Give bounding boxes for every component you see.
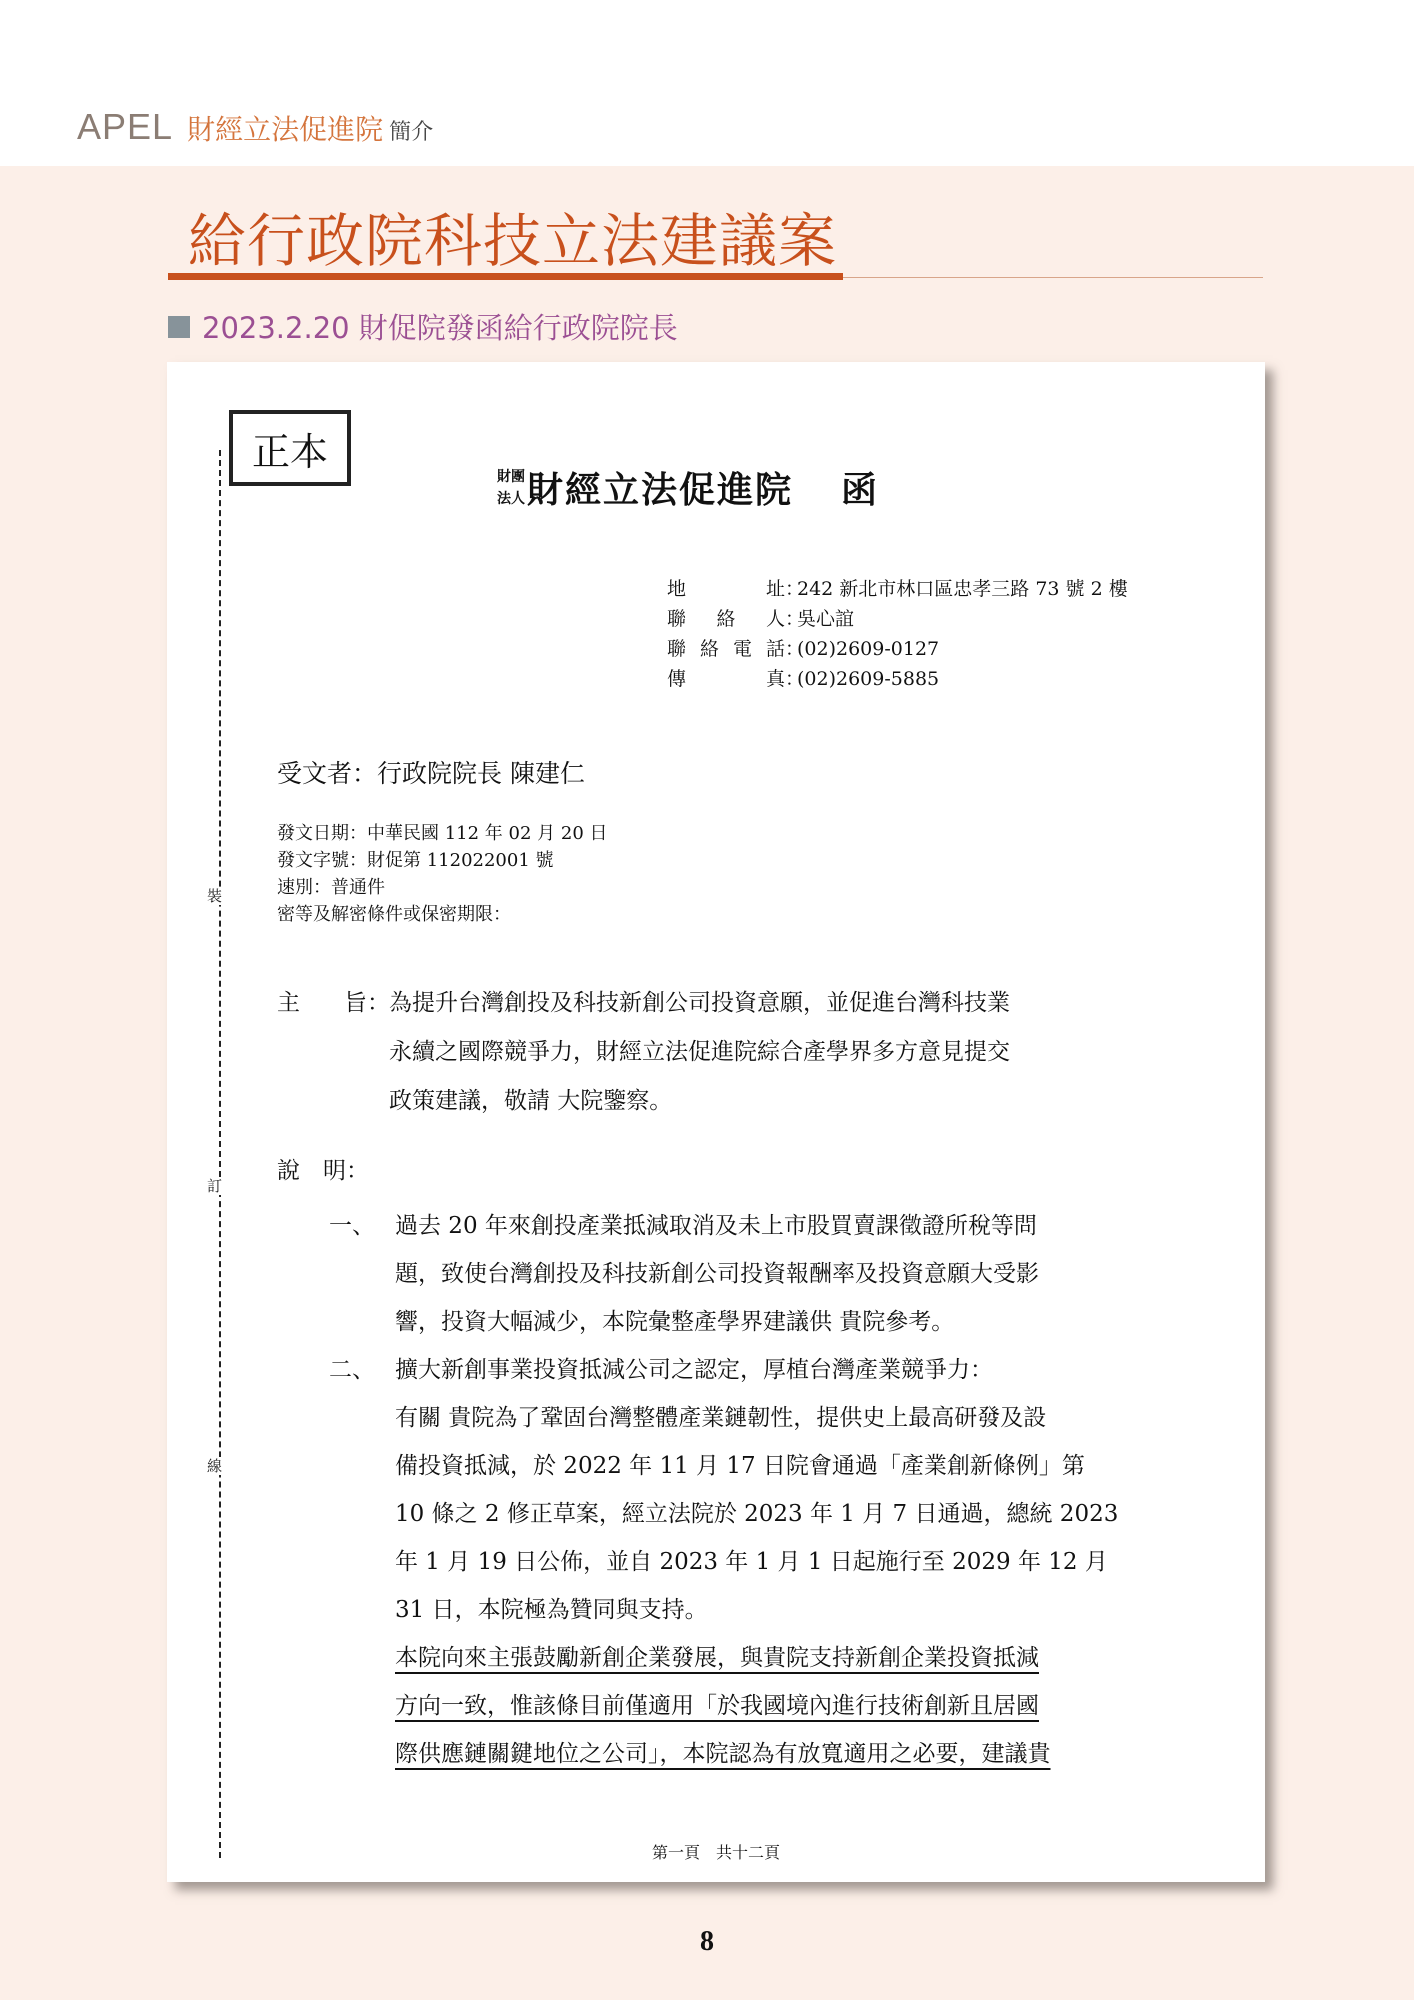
explanation-label: 說 明： bbox=[277, 1152, 1277, 1202]
brand-header: APEL 財經立法促進院 簡介 bbox=[77, 106, 433, 148]
org-type: 財團 法人 bbox=[497, 466, 525, 510]
item-line-underlined: 本院向來主張鼓勵新創企業發展，與貴院支持新創企業投資抵減 bbox=[395, 1634, 1187, 1682]
contact-person: 聯絡人 ： 吳心誼 bbox=[667, 604, 1128, 634]
brand-section: 簡介 bbox=[389, 115, 433, 146]
item-line-underlined: 際供應鏈關鍵地位之公司」，本院認為有放寬適用之必要，建議貴 bbox=[395, 1730, 1187, 1778]
item-line: 年 1 月 19 日公佈，並自 2023 年 1 月 1 日起施行至 2029 … bbox=[395, 1538, 1187, 1586]
document-meta: 發文日期：中華民國 112 年 02 月 20 日 發文字號：財促第 11202… bbox=[277, 820, 608, 928]
classification: 密等及解密條件或保密期限： bbox=[277, 901, 608, 928]
label-char: 人 bbox=[766, 604, 785, 634]
label-char: 聯 bbox=[667, 604, 686, 634]
urgency: 速別：普通件 bbox=[277, 874, 608, 901]
subject-line: 永續之國際競爭力，財經立法促進院綜合產學界多方意見提交 bbox=[389, 1028, 1010, 1077]
item-number: 一、 bbox=[329, 1202, 395, 1346]
item-line: 響，投資大幅減少，本院彙整產學界建議供 貴院參考。 bbox=[395, 1298, 1187, 1346]
binding-mark: 線 bbox=[207, 1457, 222, 1475]
letter-document: 裝 訂 線 正本 財團 法人 財經立法促進院 函 地址 ： 242 新北市林口區… bbox=[167, 362, 1265, 1882]
brand-abbreviation: APEL bbox=[77, 106, 173, 148]
explanation-item: 二、 擴大新創事業投資抵減公司之認定，厚植台灣產業競爭力： 有關 貴院為了鞏固台… bbox=[329, 1346, 1277, 1778]
item-line: 題，致使台灣創投及科技新創公司投資報酬率及投資意願大受影 bbox=[395, 1250, 1187, 1298]
square-bullet-icon bbox=[168, 316, 190, 338]
label-char: 絡 bbox=[716, 604, 735, 634]
label-char: 地 bbox=[667, 574, 686, 604]
contact-fax: 傳真 ： (02)2609-5885 bbox=[667, 664, 1128, 694]
subject-line: 為提升台灣創投及科技新創公司投資意願，並促進台灣科技業 bbox=[389, 979, 1010, 1028]
subtitle-text: 2023.2.20 財促院發函給行政院院長 bbox=[202, 306, 678, 347]
item-line: 備投資抵減，於 2022 年 11 月 17 日院會通過「產業創新條例」第 bbox=[395, 1442, 1187, 1490]
address-value: 242 新北市林口區忠孝三路 73 號 2 樓 bbox=[797, 574, 1128, 604]
phone-value: (02)2609-0127 bbox=[797, 634, 939, 664]
subtitle: 2023.2.20 財促院發函給行政院院長 bbox=[168, 306, 678, 347]
page-number: 8 bbox=[0, 1926, 1414, 1958]
contact-address: 地址 ： 242 新北市林口區忠孝三路 73 號 2 樓 bbox=[667, 574, 1128, 604]
page-title-block: 給行政院科技立法建議案 bbox=[168, 205, 1098, 277]
letter-heading: 財團 法人 財經立法促進院 函 bbox=[497, 462, 877, 513]
subject-label: 主旨 bbox=[277, 979, 367, 1028]
page-title: 給行政院科技立法建議案 bbox=[188, 205, 837, 277]
label-char: 主 bbox=[277, 979, 300, 1028]
label-char: 傳 bbox=[667, 664, 686, 694]
label-char: 址 bbox=[766, 574, 785, 604]
contact-phone: 聯絡電話 ： (02)2609-0127 bbox=[667, 634, 1128, 664]
title-underline bbox=[168, 273, 843, 280]
item-number: 二、 bbox=[329, 1346, 395, 1778]
subject-line: 政策建議，敬請 大院鑒察。 bbox=[389, 1077, 672, 1126]
label-char: 旨 bbox=[344, 979, 367, 1028]
explanation-section: 說 明： 一、 過去 20 年來創投產業抵減取消及未上市股買賣課徵證所稅等問 題… bbox=[277, 1152, 1277, 1778]
explanation-item: 一、 過去 20 年來創投產業抵減取消及未上市股買賣課徵證所稅等問 題，致使台灣… bbox=[329, 1202, 1277, 1346]
issue-date: 發文日期：中華民國 112 年 02 月 20 日 bbox=[277, 820, 608, 847]
contact-person-value: 吳心誼 bbox=[797, 604, 854, 634]
original-copy-stamp: 正本 bbox=[229, 410, 351, 486]
org-name: 財經立法促進院 bbox=[527, 462, 793, 513]
label-char: 電 bbox=[733, 634, 752, 664]
org-type-line: 財團 bbox=[497, 466, 525, 488]
document-number: 發文字號：財促第 112022001 號 bbox=[277, 847, 608, 874]
binding-mark: 裝 bbox=[207, 887, 222, 905]
label-char: 絡 bbox=[700, 634, 719, 664]
label-char: 聯 bbox=[667, 634, 686, 664]
letter-page-indicator: 第一頁 共十二頁 bbox=[167, 1840, 1265, 1863]
item-line: 有關 貴院為了鞏固台灣整體產業鏈韌性，提供史上最高研發及設 bbox=[395, 1394, 1187, 1442]
label-char: 真 bbox=[766, 664, 785, 694]
item-line: 10 條之 2 修正草案，經立法院於 2023 年 1 月 7 日通過，總統 2… bbox=[395, 1490, 1187, 1538]
org-type-line: 法人 bbox=[497, 488, 525, 510]
recipient: 受文者：行政院院長 陳建仁 bbox=[277, 754, 585, 790]
title-rule bbox=[843, 277, 1263, 278]
item-line-underlined: 方向一致，惟該條目前僅適用「於我國境內進行技術創新且居國 bbox=[395, 1682, 1187, 1730]
item-line: 31 日，本院極為贊同與支持。 bbox=[395, 1586, 1187, 1634]
subject-section: 主旨 ： 為提升台灣創投及科技新創公司投資意願，並促進台灣科技業 永續之國際競爭… bbox=[277, 979, 1010, 1126]
binding-line bbox=[219, 450, 221, 1858]
contact-info: 地址 ： 242 新北市林口區忠孝三路 73 號 2 樓 聯絡人 ： 吳心誼 聯… bbox=[667, 574, 1128, 694]
label-char: 話 bbox=[766, 634, 785, 664]
doc-type: 函 bbox=[841, 462, 877, 513]
item-line: 擴大新創事業投資抵減公司之認定，厚植台灣產業競爭力： bbox=[395, 1346, 1187, 1394]
item-line: 過去 20 年來創投產業抵減取消及未上市股買賣課徵證所稅等問 bbox=[395, 1202, 1187, 1250]
fax-value: (02)2609-5885 bbox=[797, 664, 939, 694]
brand-organization: 財經立法促進院 bbox=[187, 108, 383, 148]
binding-mark: 訂 bbox=[207, 1177, 222, 1195]
